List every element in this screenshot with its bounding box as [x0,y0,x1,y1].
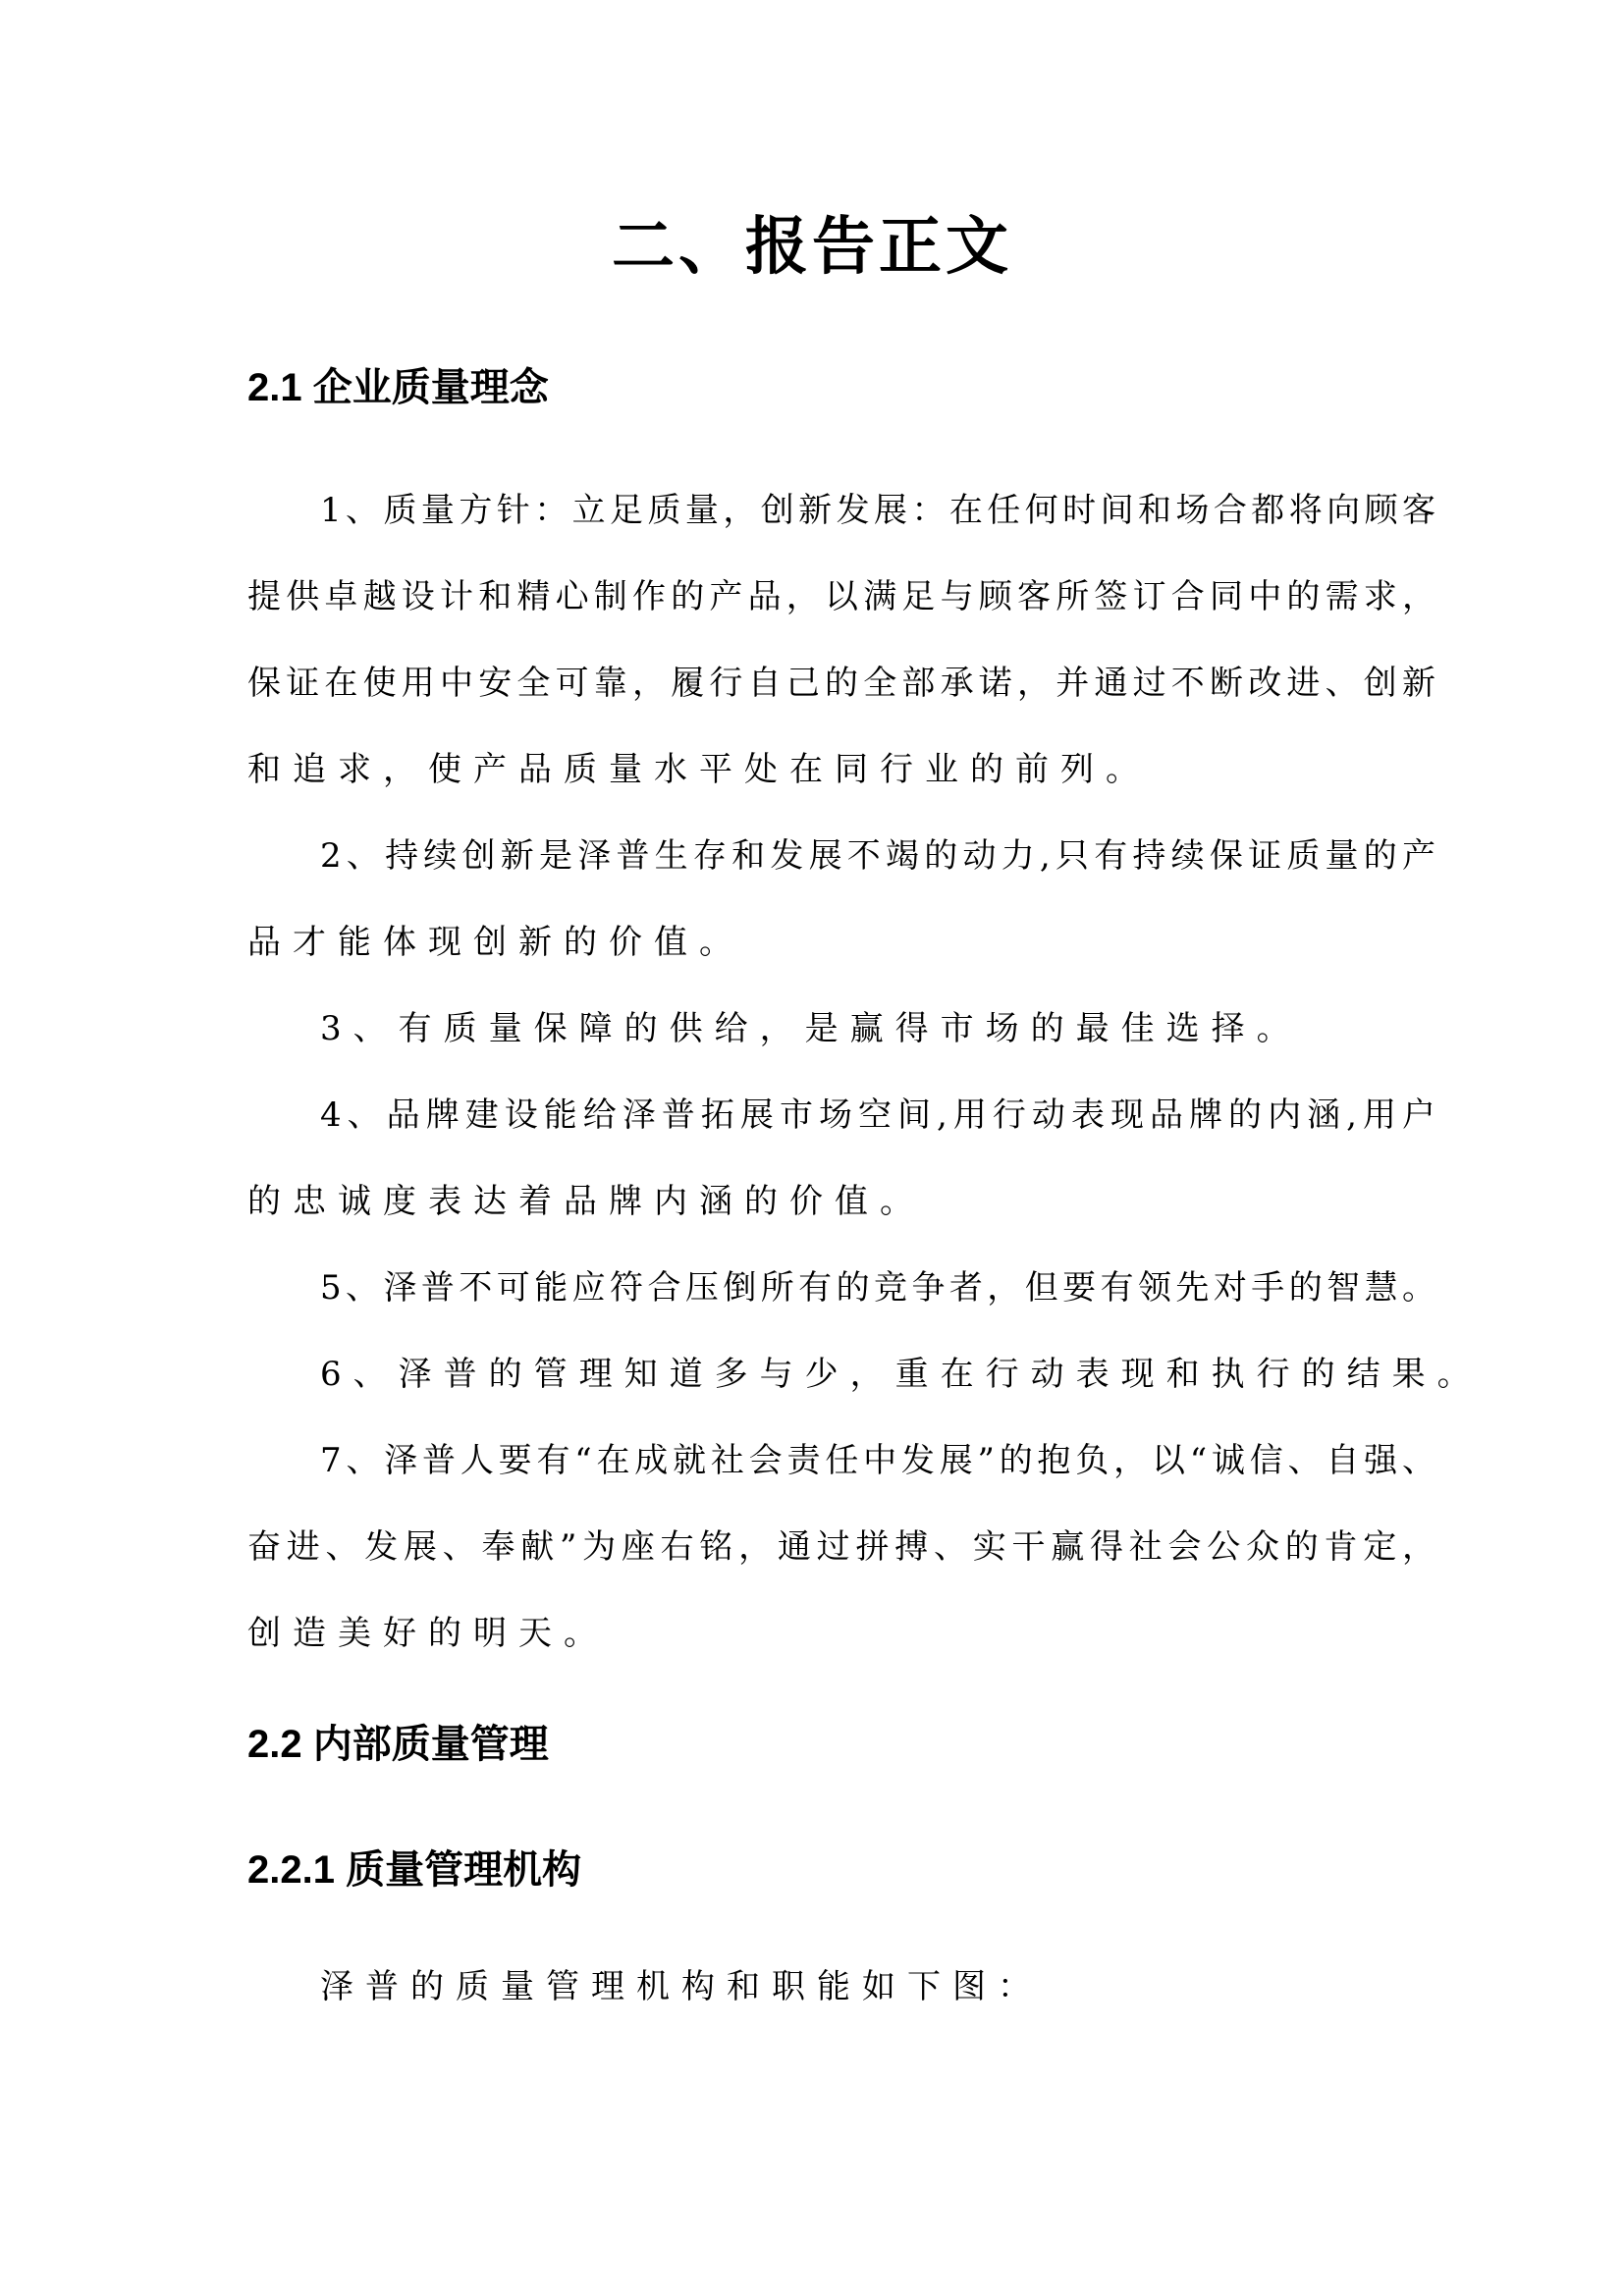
paragraph-line: 4、品牌建设能给泽普拓展市场空间,用行动表现品牌的内涵,用户 [320,1094,1435,1137]
paragraph-line: 7、泽普人要有“在成就社会责任中发展”的抱负，以“诚信、自强、 [320,1439,1435,1482]
paragraph-line: 2、持续创新是泽普生存和发展不竭的动力,只有持续保证质量的产 [320,834,1435,878]
paragraph-line: 3、有质量保障的供给，是赢得市场的最佳选择。 [320,1007,1435,1050]
document-page: 二、报告正文 2.1 企业质量理念 1、质量方针：立足质量，创新发展：在任何时间… [0,0,1624,2296]
paragraph-line: 品才能体现创新的价值。 [247,921,1435,964]
subsection-heading-2-2-1: 2.2.1 质量管理机构 [247,1845,581,1895]
section-heading-2-1: 2.1 企业质量理念 [247,363,549,412]
paragraph-line: 5、泽普不可能应符合压倒所有的竞争者，但要有领先对手的智慧。 [320,1266,1435,1309]
page-title: 二、报告正文 [0,208,1624,287]
section-heading-2-2: 2.2 内部质量管理 [247,1720,549,1769]
paragraph-line: 的忠诚度表达着品牌内涵的价值。 [247,1180,1435,1223]
paragraph-line: 泽普的质量管理机构和职能如下图： [320,1965,1435,2008]
paragraph-line: 创造美好的明天。 [247,1612,1435,1655]
paragraph-line: 奋进、发展、奉献”为座右铭，通过拼搏、实干赢得社会公众的肯定， [247,1525,1435,1569]
paragraph-line: 保证在使用中安全可靠，履行自己的全部承诺，并通过不断改进、创新 [247,662,1435,705]
paragraph-line: 提供卓越设计和精心制作的产品，以满足与顾客所签订合同中的需求， [247,575,1435,618]
paragraph-line: 6、泽普的管理知道多与少，重在行动表现和执行的结果。 [320,1353,1435,1396]
paragraph-line: 1、质量方针：立足质量，创新发展：在任何时间和场合都将向顾客 [320,489,1435,532]
paragraph-line: 和追求，使产品质量水平处在同行业的前列。 [247,748,1435,791]
